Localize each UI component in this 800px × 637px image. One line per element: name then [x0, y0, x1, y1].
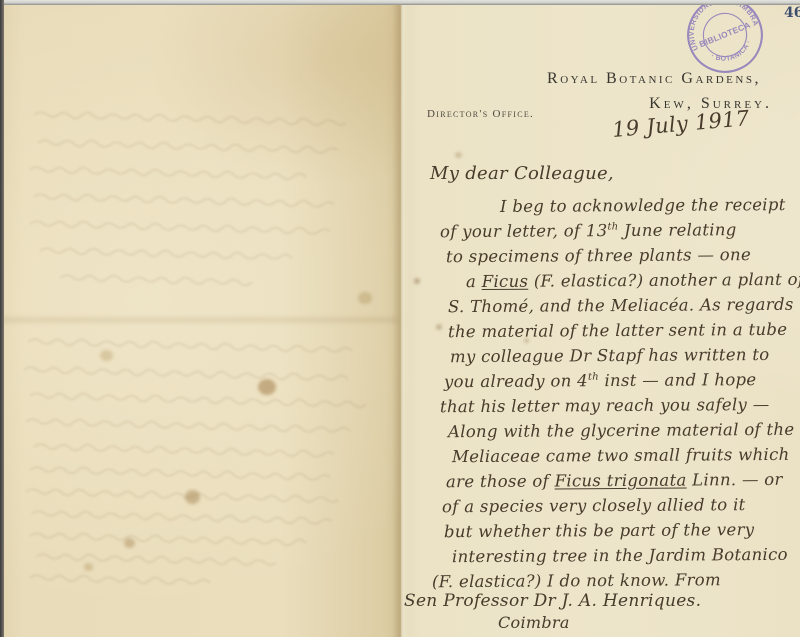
letter-line: of a species very closely allied to it [442, 495, 792, 522]
scanned-letter: 46 UNIVERSIDADE · COIMBRA · BOTANICA · B… [0, 0, 800, 637]
stain [524, 338, 529, 343]
stain [100, 350, 113, 361]
letter-line: are those of Ficus trigonata Linn. — or [446, 470, 792, 497]
letter-line: I beg to acknowledge the receipt [500, 195, 792, 222]
letter-line: you already on 4th inst — and I hope [444, 370, 792, 397]
letter-line: but whether this be part of the very [444, 520, 792, 547]
letter-line: Along with the glycerine material of the [448, 420, 792, 447]
letter-line: that his letter may reach you safely — [440, 395, 792, 422]
stain [455, 152, 462, 158]
letter-line: the material of the latter sent in a tub… [448, 320, 792, 347]
page-number: 46 [784, 5, 800, 21]
letter-salutation: My dear Colleague, [430, 163, 614, 184]
letter-addressee-city: Coimbra [498, 613, 570, 632]
stain [185, 490, 200, 504]
stain [436, 324, 442, 330]
stain [258, 379, 276, 395]
letter-line: my colleague Dr Stapf has written to [450, 345, 792, 372]
stain [124, 538, 135, 548]
scanner-edge-left [0, 0, 4, 637]
stain [84, 563, 93, 571]
letter-line: a Ficus (F. elastica?) another a plant o… [466, 270, 792, 297]
horizontal-crease [0, 316, 398, 324]
scanner-edge-top [0, 0, 800, 5]
center-fold [392, 0, 410, 637]
letter-addressee: Sen Professor Dr J. A. Henriques. [404, 591, 701, 611]
letterhead-institution: Royal Botanic Gardens, [498, 70, 800, 88]
stain [414, 278, 420, 284]
letter-line: Meliaceae came two small fruits which [452, 445, 792, 472]
letter-line: of your letter, of 13th June relating [440, 220, 792, 247]
letter-line: S. Thomé, and the Meliacéa. As regards [448, 295, 792, 322]
letter-line: to specimens of three plants — one [446, 245, 792, 272]
letter-line: interesting tree in the Jardim Botanico [452, 545, 792, 572]
letterhead-office: Director's Office. [427, 108, 534, 120]
letter-body: I beg to acknowledge the receiptof your … [432, 196, 792, 596]
stain [358, 292, 372, 304]
